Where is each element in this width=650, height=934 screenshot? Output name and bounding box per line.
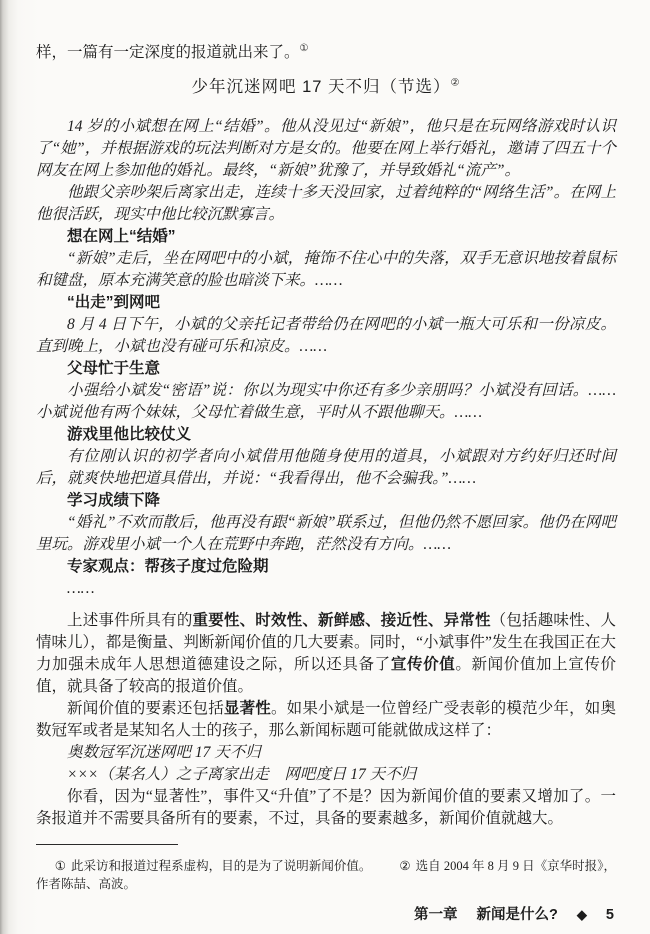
diamond-icon: ◆: [577, 907, 587, 922]
footnote-2-mark: ②: [399, 859, 410, 873]
analysis-paragraph: 上述事件所具有的重要性、时效性、新鲜感、接近性、异常性（包括趣味性、人情味儿），…: [36, 610, 616, 698]
chapter-label: 第一章: [414, 907, 458, 923]
emphasis-propaganda-value: 宣传价值: [391, 656, 456, 673]
section-paragraph: 有位刚认识的初学者向小斌借用他随身使用的道具，小斌跟对方约好归还时间后，就爽快地…: [36, 446, 616, 490]
analysis-text: 上述事件所具有的: [67, 612, 193, 629]
section-paragraph: 8 月 4 日下午，小斌的父亲托记者带给仍在网吧的小斌一瓶大可乐和一份凉皮。直到…: [36, 314, 616, 358]
analysis-paragraph: 你看，因为“显著性”，事件又“升值”了不是？因为新闻价值的要素又增加了。一条报道…: [36, 786, 616, 830]
section-paragraph: “新娘”走后，坐在网吧中的小斌，掩饰不住心中的失落，双手无意识地按着鼠标和键盘，…: [36, 248, 616, 292]
example-headline: 奥数冠军沉迷网吧 17 天不归: [36, 742, 616, 764]
excerpt-paragraph: 14 岁的小斌想在网上“结婚”。他从没见过“新娘”，他只是在玩网络游戏时认识了“…: [36, 116, 616, 182]
footnote-1-mark: ①: [55, 859, 66, 873]
footnotes: ①此采访和报道过程系虚构，目的是为了说明新闻价值。②选自 2004 年 8 月 …: [36, 857, 616, 893]
footnote-ref-1: ①: [300, 43, 309, 54]
analysis-text: 新闻价值的要素还包括: [67, 700, 224, 717]
book-page: 样，一篇有一定深度的报道就出来了。① 少年沉迷网吧 17 天不归（节选）② 14…: [0, 0, 650, 934]
section-paragraph: 小强给小斌发“密语”说：你以为现实中你还有多少亲朋吗？小斌没有回话。……小斌说他…: [36, 380, 616, 424]
page-footer: 第一章 新闻是什么? ◆ 5: [36, 903, 616, 924]
continuation-text: 样，一篇有一定深度的报道就出来了。: [36, 44, 300, 61]
excerpt-paragraph: 他跟父亲吵架后离家出走，连续十多天没回家，过着纯粹的“网络生活”。在网上他很活跃…: [36, 182, 616, 226]
article-title-text: 少年沉迷网吧 17 天不归（节选）: [192, 78, 451, 96]
analysis-paragraph: 新闻价值的要素还包括显著性。如果小斌是一位曾经广受表彰的模范少年，如奥数冠军或者…: [36, 698, 616, 742]
emphasis-prominence: 显著性: [224, 700, 271, 717]
page-number: 5: [606, 907, 614, 923]
section-heading-loyal-in-game: 游戏里他比较仗义: [36, 424, 616, 446]
footnote-separator: [36, 844, 178, 845]
emphasis-news-value-elements: 重要性、时效性、新鲜感、接近性、异常性: [193, 612, 491, 629]
chapter-title: 新闻是什么?: [477, 907, 558, 923]
analysis-block: 上述事件所具有的重要性、时效性、新鲜感、接近性、异常性（包括趣味性、人情味儿），…: [36, 610, 616, 830]
section-heading-marry-online: 想在网上“结婚”: [36, 226, 616, 248]
article-title: 少年沉迷网吧 17 天不归（节选）②: [36, 76, 616, 98]
section-heading-expert-view: 专家观点：帮孩子度过危险期: [36, 556, 616, 578]
section-paragraph: “婚礼”不欢而散后，他再没有跟“新娘”联系过，但他仍然不愿回家。他仍在网吧里玩。…: [36, 512, 616, 556]
section-paragraph: ……: [36, 578, 616, 600]
section-heading-runaway: “出走”到网吧: [36, 292, 616, 314]
footnote-1-text: 此采访和报道过程系虚构，目的是为了说明新闻价值。: [71, 859, 371, 873]
example-headline: ×××（某名人）之子离家出走 网吧度日 17 天不归: [36, 764, 616, 786]
footnote-ref-2: ②: [451, 78, 461, 89]
continuation-paragraph: 样，一篇有一定深度的报道就出来了。①: [36, 42, 616, 64]
section-heading-busy-parents: 父母忙于生意: [36, 358, 616, 380]
section-heading-grades-drop: 学习成绩下降: [36, 490, 616, 512]
